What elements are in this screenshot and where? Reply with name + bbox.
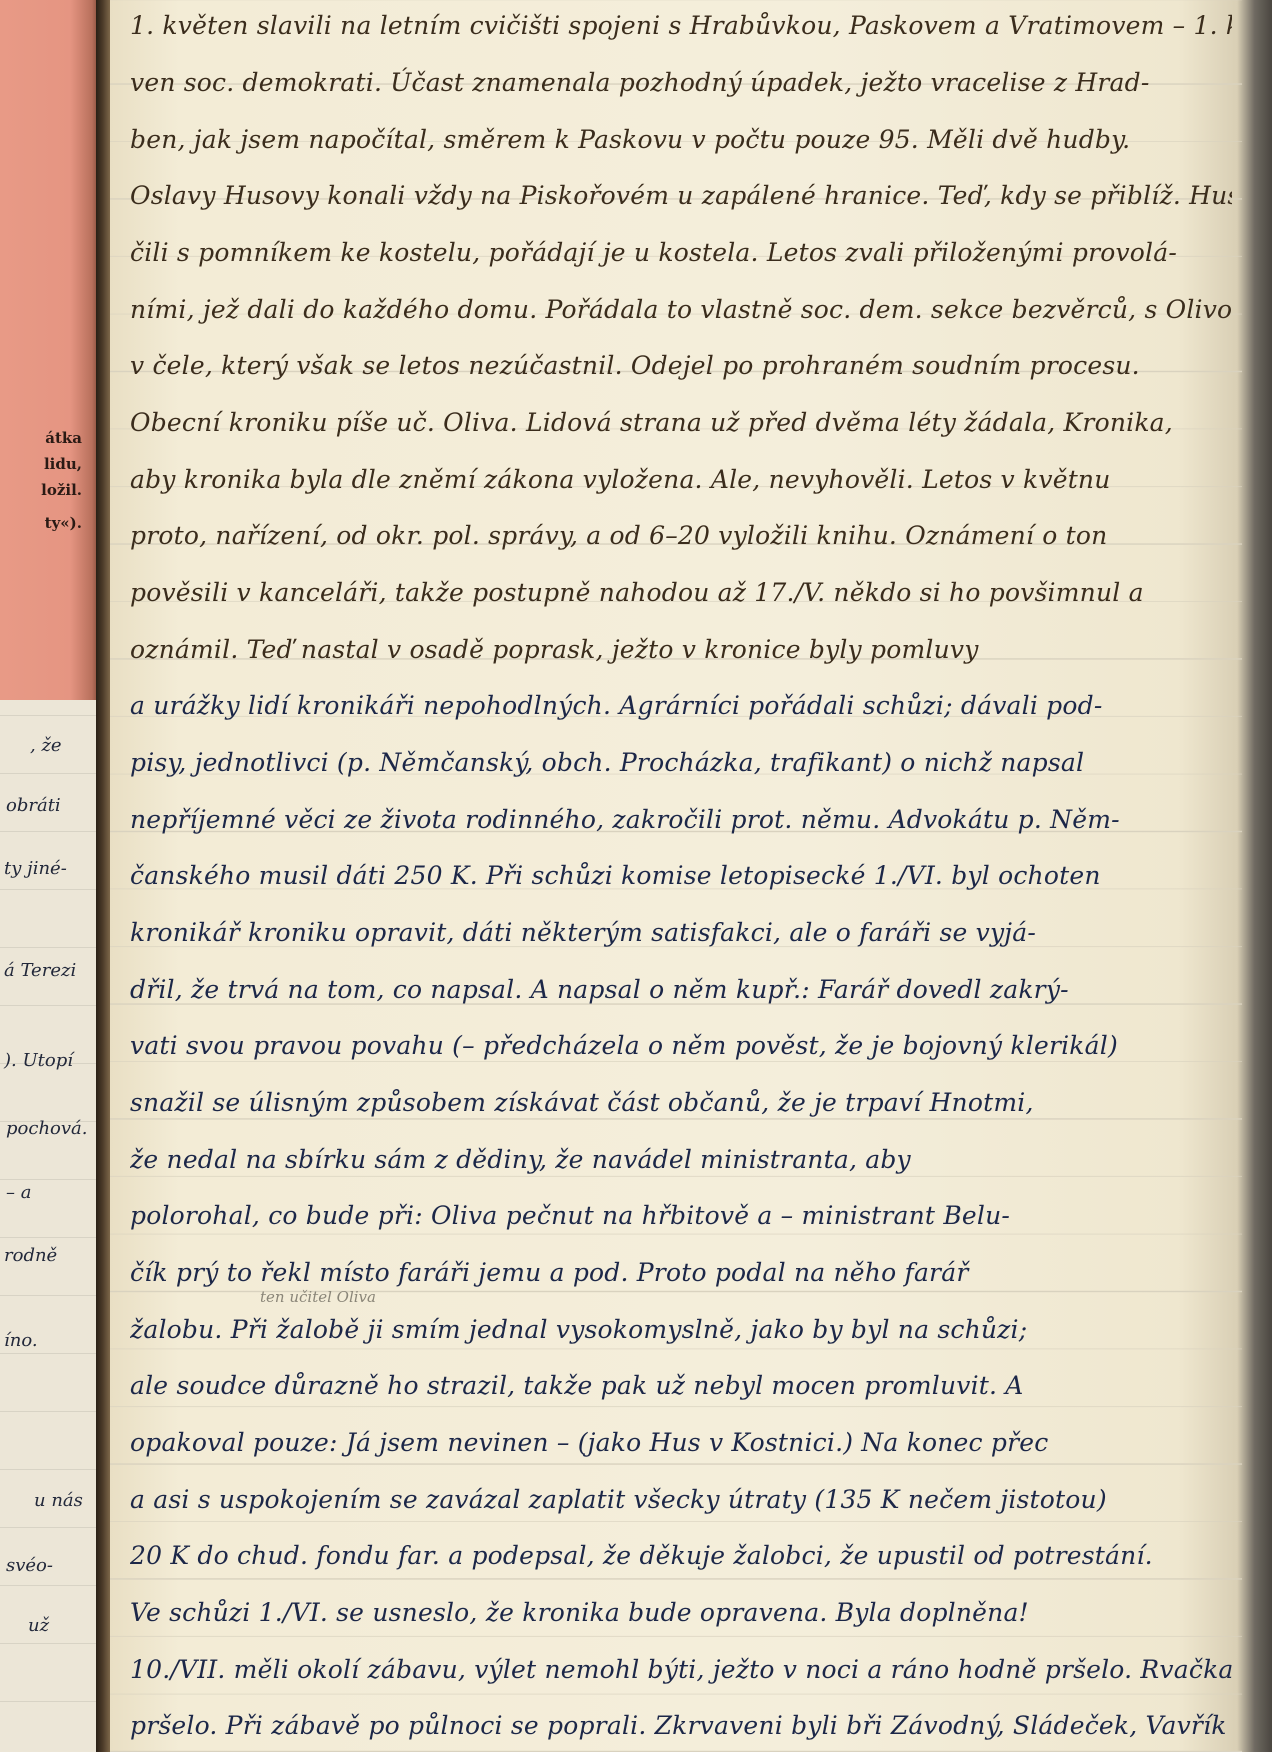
left-handwritten-fragment: á Terezi: [4, 960, 76, 981]
left-handwritten-fragment: rodně: [4, 1245, 57, 1266]
insert-text-line: ty«).: [45, 510, 82, 536]
chronicle-line: ben, jak jsem napočítal, směrem k Paskov…: [130, 120, 1232, 160]
pink-printed-insert: átka lidu, ložil. ty«).: [0, 0, 100, 700]
chronicle-line: a urážky lidí kronikáři nepohodlných. Ag…: [130, 686, 1232, 726]
chronicle-line: snažil se úlisným způsobem získávat část…: [130, 1083, 1232, 1123]
left-handwritten-fragment: ). Utopí: [4, 1050, 73, 1071]
chronicle-line: čili s pomníkem ke kostelu, pořádají je …: [130, 233, 1232, 273]
chronicle-line: vati svou pravou povahu (– předcházela o…: [130, 1026, 1232, 1066]
chronicle-line: oznámil. Teď nastal v osadě poprask, jež…: [130, 630, 1232, 670]
chronicle-line: aby kronika byla dle zněmí zákona vylože…: [130, 460, 1232, 500]
insert-text-line: ložil.: [41, 477, 82, 503]
chronicle-line: ven soc. demokrati. Účast znamenala pozh…: [130, 63, 1232, 103]
chronicle-line: ale soudce důrazně ho strazil, takže pak…: [130, 1366, 1232, 1406]
left-handwritten-fragment: už: [28, 1615, 49, 1636]
chronicle-line: polorohal, co bude při: Oliva pečnut na …: [130, 1196, 1232, 1236]
chronicle-line: čanského musil dáti 250 K. Při schůzi ko…: [130, 856, 1232, 896]
chronicle-line: že nedal na sbírku sám z dědiny, že navá…: [130, 1140, 1232, 1180]
chronicle-line: Ve schůzi 1./VI. se usneslo, že kronika …: [130, 1593, 1232, 1633]
chronicle-page: 1. květen slavili na letním cvičišti spo…: [110, 0, 1272, 1752]
chronicle-line: pršelo. Při zábavě po půlnoci se poprali…: [130, 1706, 1232, 1746]
chronicle-line: nepříjemné věci ze života rodinného, zak…: [130, 800, 1232, 840]
chronicle-line: Oslavy Husovy konali vždy na Piskořovém …: [130, 176, 1232, 216]
chronicle-line: a asi s uspokojením se zavázal zaplatit …: [130, 1480, 1232, 1520]
left-handwritten-fragment: ty jiné-: [4, 858, 67, 879]
left-handwritten-fragment: íno.: [4, 1330, 38, 1351]
chronicle-line: ními, jež dali do každého domu. Pořádala…: [130, 290, 1232, 330]
chronicle-line: 10./VII. měli okolí zábavu, výlet nemohl…: [130, 1650, 1232, 1690]
chronicle-line: 20 K do chud. fondu far. a podepsal, že …: [130, 1536, 1232, 1576]
chronicle-line: Obecní kroniku píše uč. Oliva. Lidová st…: [130, 403, 1232, 443]
chronicle-line: kronikář kroniku opravit, dáti některým …: [130, 913, 1232, 953]
insert-text-line: lidu,: [44, 451, 82, 477]
left-page-fragment: átka lidu, ložil. ty«). , že obráti ty j…: [0, 0, 100, 1752]
insert-text-line: átka: [45, 425, 82, 451]
left-handwritten-fragment: pochová.: [6, 1118, 88, 1139]
chronicle-line: dřil, že trvá na tom, co napsal. A napsa…: [130, 970, 1232, 1010]
left-handwritten-fragment: obráti: [6, 795, 61, 816]
chronicle-line: v čele, který však se letos nezúčastnil.…: [130, 346, 1232, 386]
left-handwritten-fragment: – a: [6, 1182, 31, 1203]
chronicle-line: pisy, jednotlivci (p. Němčanský, obch. P…: [130, 743, 1232, 783]
chronicle-line: proto, nařízení, od okr. pol. správy, a …: [130, 516, 1232, 556]
chronicle-line: pověsili v kanceláři, takže postupně nah…: [130, 573, 1232, 613]
interlinear-pencil-note: ten učitel Oliva: [260, 1288, 376, 1306]
left-handwritten-fragment: svéo-: [6, 1555, 53, 1576]
chronicle-line: žalobu. Při žalobě ji smím jednal vysoko…: [130, 1310, 1232, 1350]
left-handwritten-fragment: , že: [30, 735, 62, 756]
chronicle-line: opakoval pouze: Já jsem nevinen – (jako …: [130, 1423, 1232, 1463]
left-handwritten-fragment: u nás: [34, 1490, 83, 1511]
chronicle-line: 1. květen slavili na letním cvičišti spo…: [130, 6, 1232, 46]
chronicle-line: čík prý to řekl místo faráři jemu a pod.…: [130, 1253, 1232, 1293]
